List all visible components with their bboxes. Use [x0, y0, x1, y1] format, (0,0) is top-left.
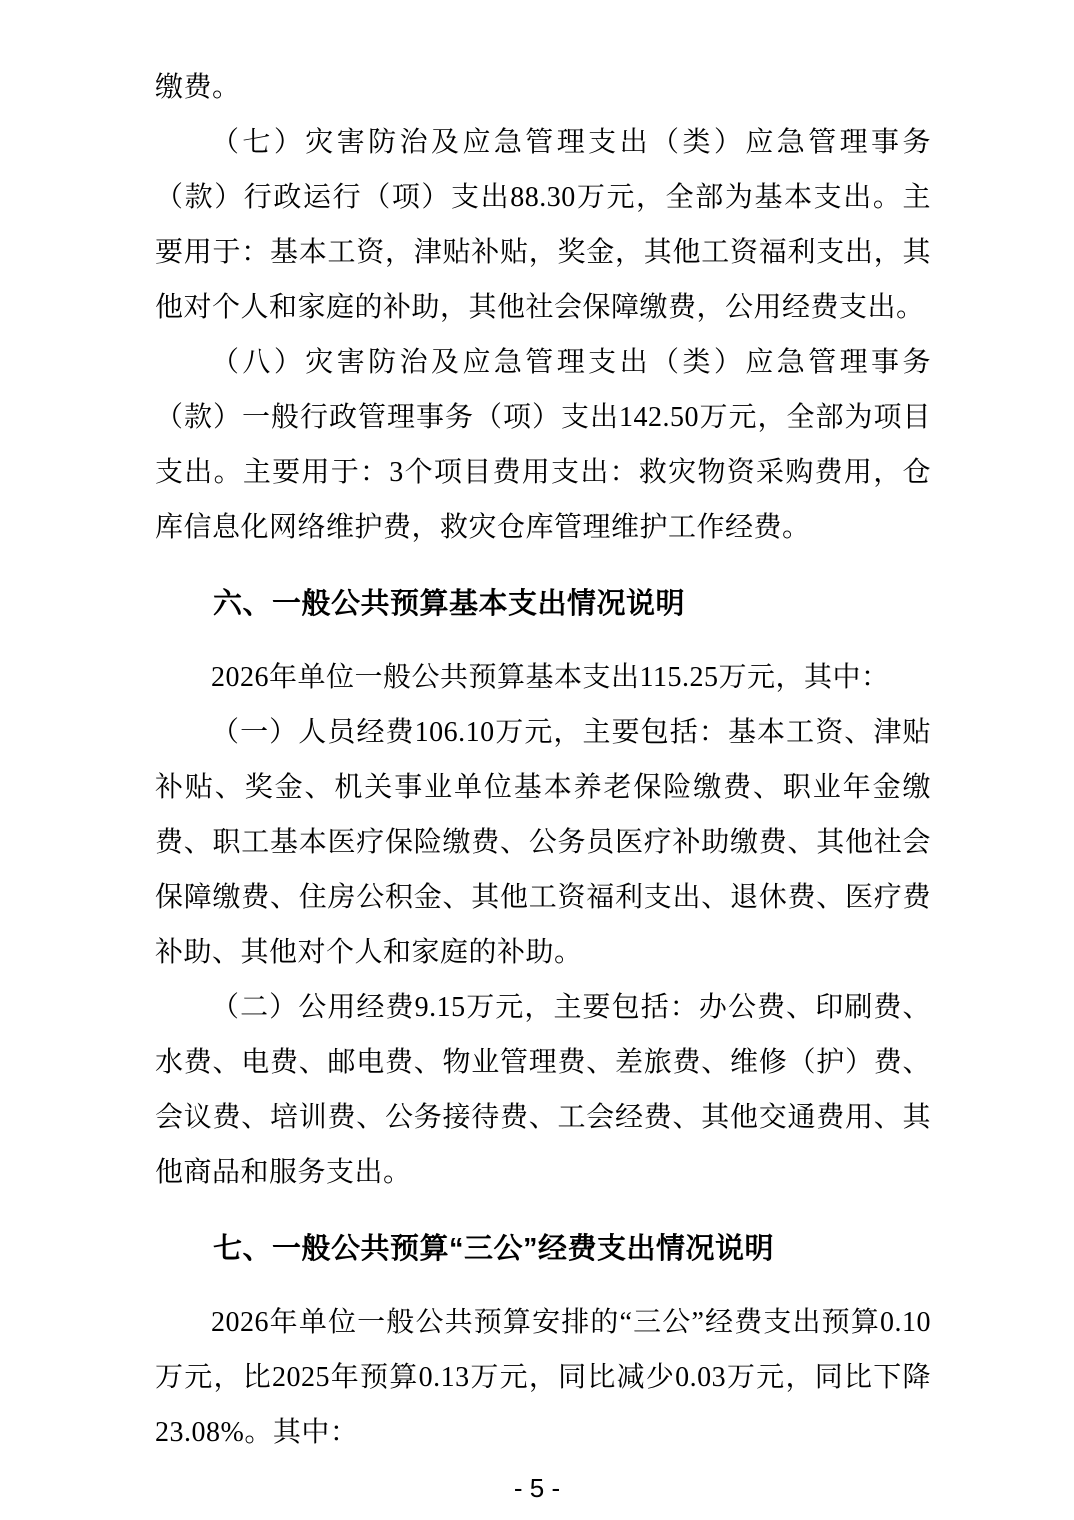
paragraph-item-seven-disaster-emergency-admin: （七）灾害防治及应急管理支出（类）应急管理事务（款）行政运行（项）支出88.30…	[155, 115, 931, 335]
paragraph-item-eight-disaster-emergency-general: （八）灾害防治及应急管理支出（类）应急管理事务（款）一般行政管理事务（项）支出1…	[155, 335, 931, 555]
document-body: 缴费。 （七）灾害防治及应急管理支出（类）应急管理事务（款）行政运行（项）支出8…	[155, 60, 931, 1460]
paragraph-personnel-funds: （一）人员经费106.10万元，主要包括：基本工资、津贴补贴、奖金、机关事业单位…	[155, 705, 931, 980]
paragraph-three-public-funds-budget: 2026年单位一般公共预算安排的“三公”经费支出预算0.10万元，比2025年预…	[155, 1295, 931, 1460]
paragraph-public-funds: （二）公用经费9.15万元，主要包括：办公费、印刷费、水费、电费、邮电费、物业管…	[155, 980, 931, 1200]
paragraph-basic-expenditure-total: 2026年单位一般公共预算基本支出115.25万元，其中：	[155, 650, 931, 705]
section-heading-seven-three-public-funds: 七、一般公共预算“三公”经费支出情况说明	[155, 1222, 931, 1277]
paragraph-continuation: 缴费。	[155, 60, 931, 115]
section-heading-six-basic-expenditure: 六、一般公共预算基本支出情况说明	[155, 577, 931, 632]
document-page: 缴费。 （七）灾害防治及应急管理支出（类）应急管理事务（款）行政运行（项）支出8…	[0, 0, 1074, 1520]
page-number: - 5 -	[0, 1473, 1074, 1504]
